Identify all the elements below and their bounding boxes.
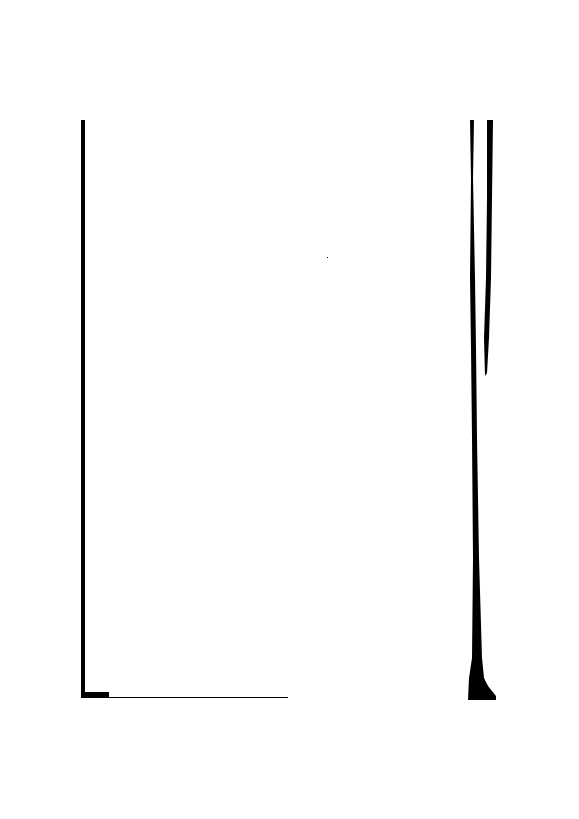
left-page-edge (81, 120, 85, 698)
scanned-page (0, 0, 579, 819)
speck (327, 257, 328, 258)
bottom-page-edge (105, 697, 288, 698)
